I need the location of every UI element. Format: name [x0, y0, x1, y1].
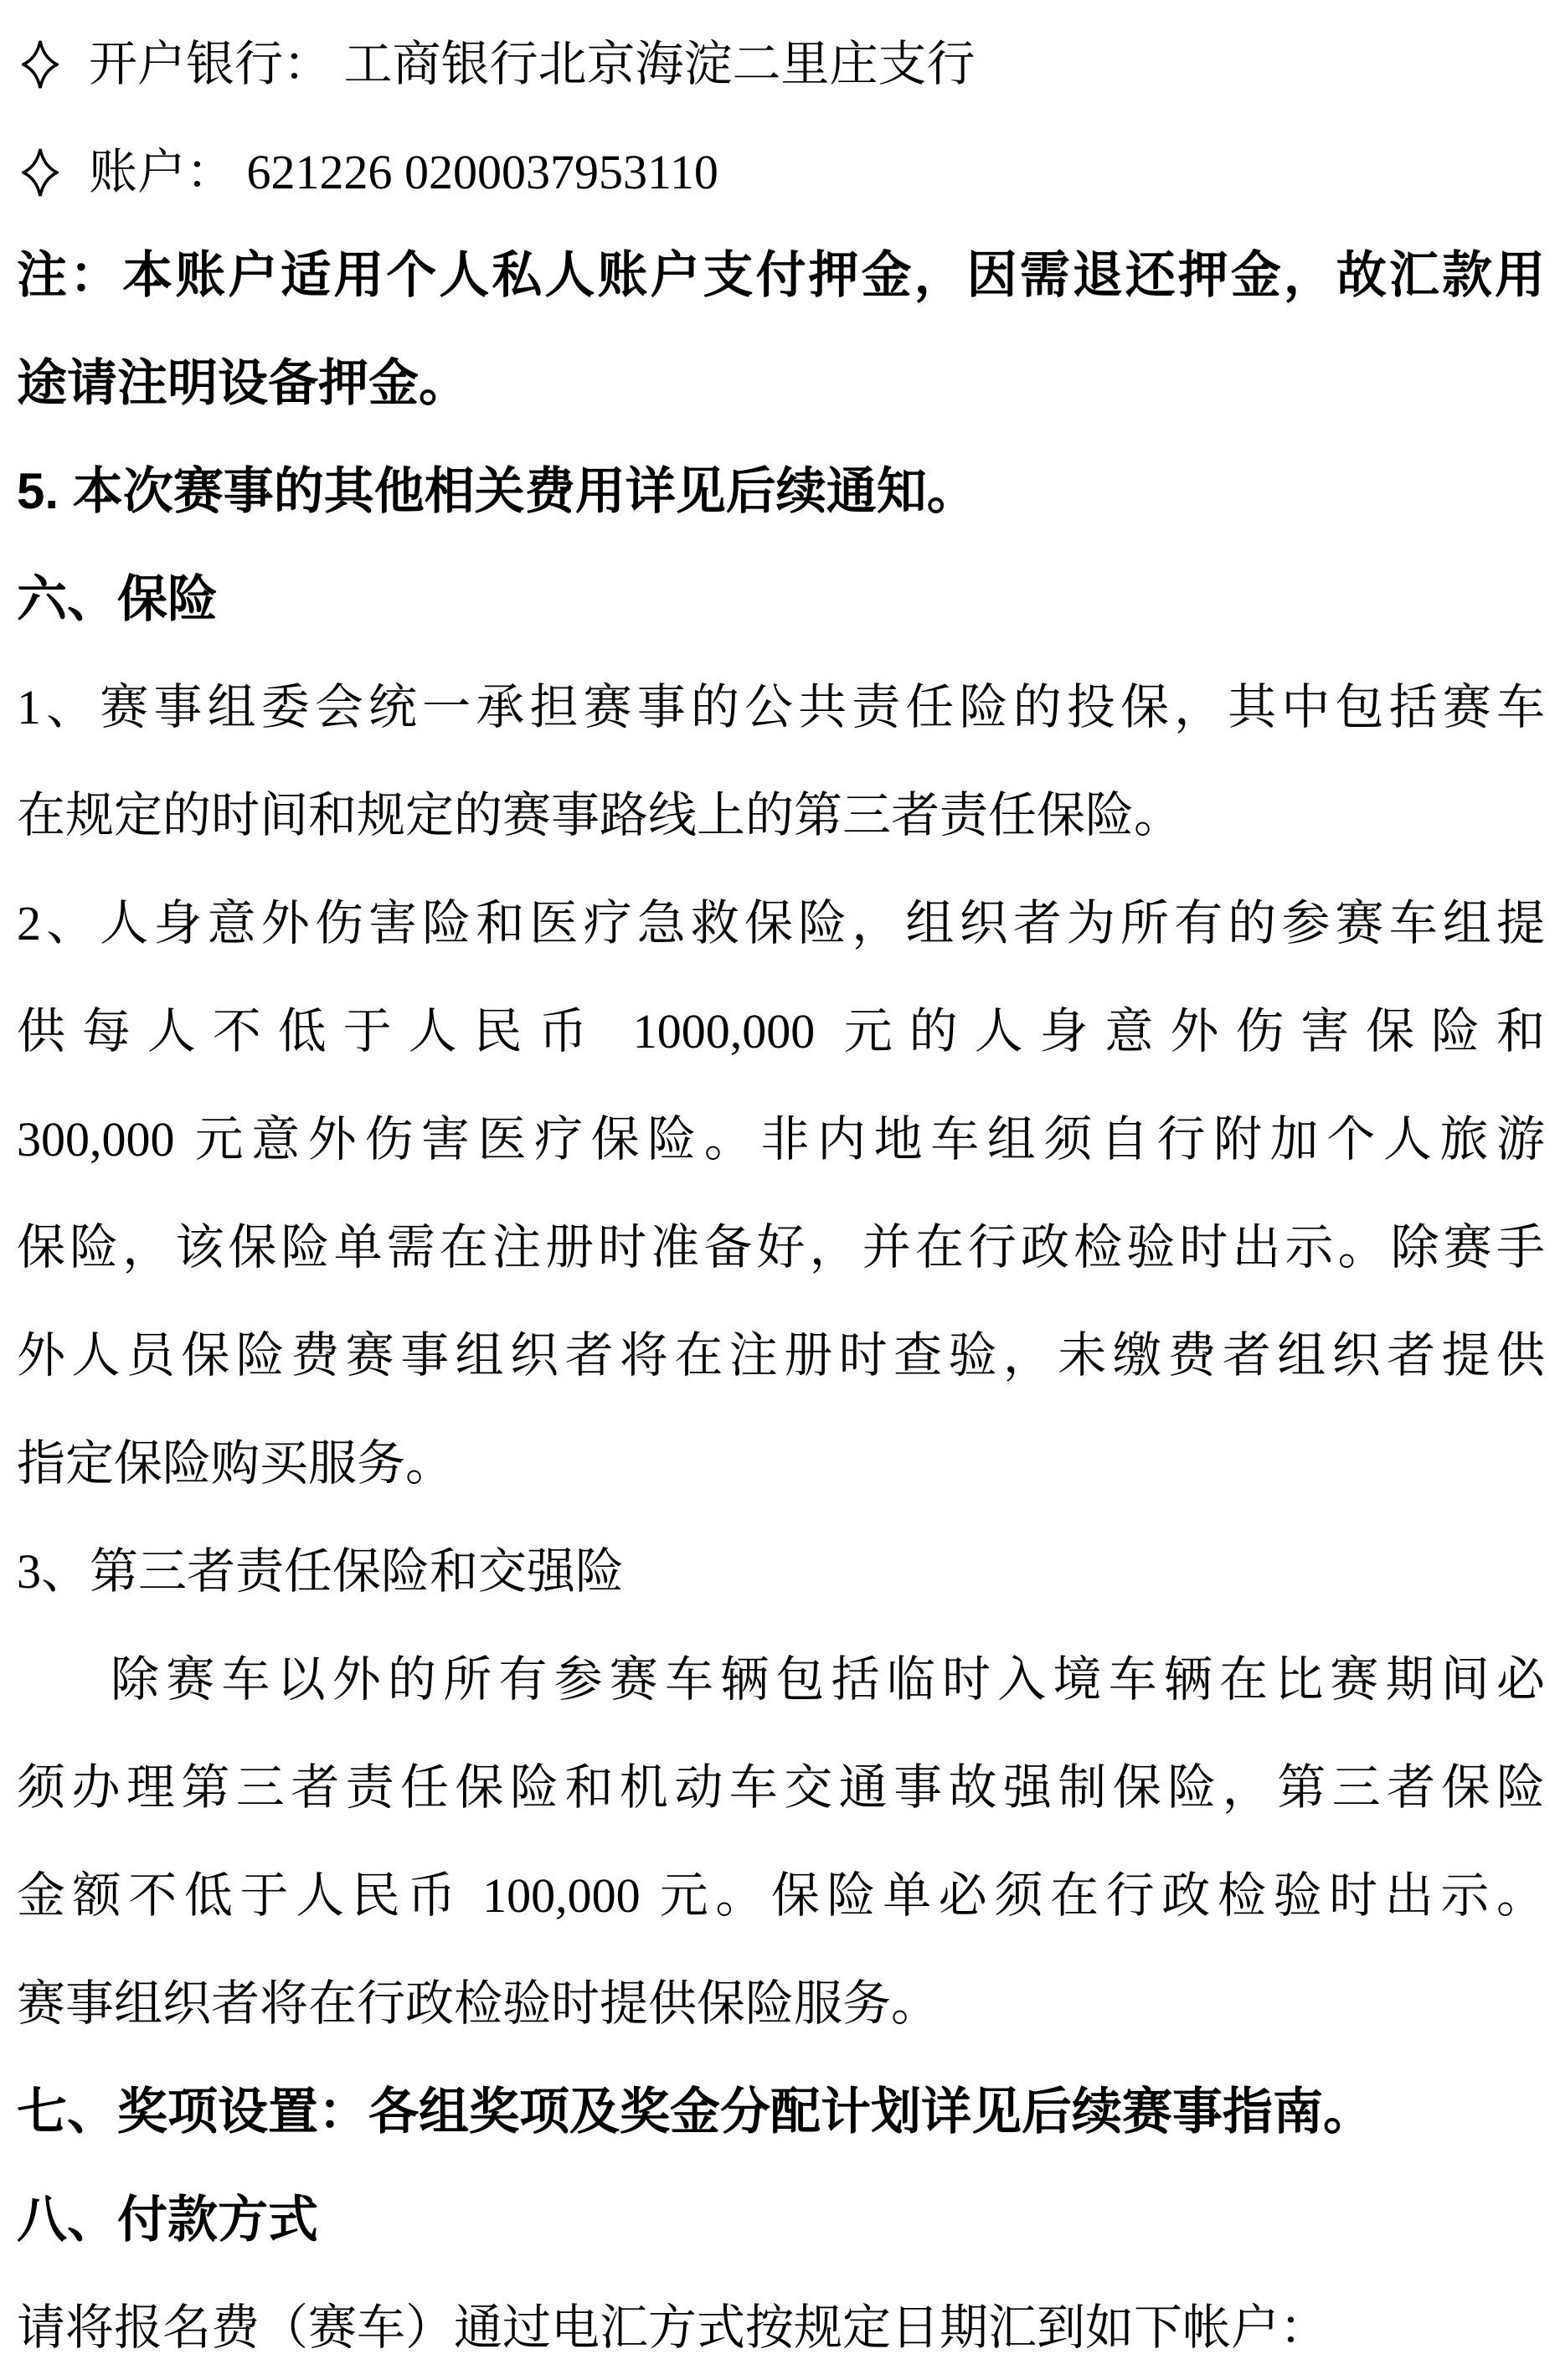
insurance-para-2-line-4: 保险，该保险单需在注册时准备好，并在行政检验时出示。除赛手	[17, 1193, 1545, 1301]
note-line-2: 途请注明设备押金。	[17, 329, 1545, 437]
section-7-heading: 七、奖项设置：各组奖项及奖金分配计划详见后续赛事指南。	[17, 2058, 1545, 2166]
section-8-heading: 八、付款方式	[17, 2166, 1545, 2274]
account-line-text: 账户： 621226 0200037953110	[89, 145, 718, 199]
four-pointed-star-icon	[22, 39, 59, 90]
insurance-para-2-line-3: 300,000 元意外伤害医疗保险。非内地车组须自行附加个人旅游	[17, 1085, 1545, 1193]
insurance-para-3-line-2: 须办理第三者责任保险和机动车交通事故强制保险，第三者保险	[17, 1733, 1545, 1842]
insurance-para-3-line-3: 金额不低于人民币 100,000 元。保险单必须在行政检验时出示。	[17, 1842, 1545, 1950]
item-5-line: 5. 本次赛事的其他相关费用详见后续通知。	[17, 437, 1545, 545]
bullet-item-account: 账户： 621226 0200037953110	[17, 113, 1545, 221]
insurance-para-2-line-6: 指定保险购买服务。	[17, 1409, 1545, 1517]
payment-intro-line: 请将报名费（赛车）通过电汇方式按规定日期汇到如下帐户：	[17, 2274, 1545, 2380]
insurance-para-2-line-5: 外人员保险费赛事组织者将在注册时查验，未缴费者组织者提供	[17, 1301, 1545, 1409]
insurance-para-2-line-1: 2、人身意外伤害险和医疗急救保险，组织者为所有的参赛车组提	[17, 869, 1545, 977]
note-line-1: 注：本账户适用个人私人账户支付押金，因需退还押金，故汇款用	[17, 221, 1545, 329]
four-pointed-star-icon	[22, 147, 59, 198]
insurance-item-3-heading: 3、第三者责任保险和交强险	[17, 1517, 1545, 1625]
bank-line-text: 开户银行： 工商银行北京海淀二里庄支行	[89, 37, 976, 91]
section-6-heading: 六、保险	[17, 545, 1545, 653]
insurance-para-2-line-2: 供每人不低于人民币 1000,000 元的人身意外伤害保险和	[17, 977, 1545, 1085]
insurance-para-1-line-2: 在规定的时间和规定的赛事路线上的第三者责任保险。	[17, 761, 1545, 869]
insurance-para-1-line-1: 1、赛事组委会统一承担赛事的公共责任险的投保，其中包括赛车	[17, 653, 1545, 761]
insurance-para-3-line-4: 赛事组织者将在行政检验时提供保险服务。	[17, 1950, 1545, 2058]
document-page: 开户银行： 工商银行北京海淀二里庄支行 账户： 621226 020003795…	[0, 0, 1560, 2380]
bullet-item-bank: 开户银行： 工商银行北京海淀二里庄支行	[17, 5, 1545, 113]
insurance-para-3-line-1: 除赛车以外的所有参赛车辆包括临时入境车辆在比赛期间必	[17, 1625, 1545, 1733]
